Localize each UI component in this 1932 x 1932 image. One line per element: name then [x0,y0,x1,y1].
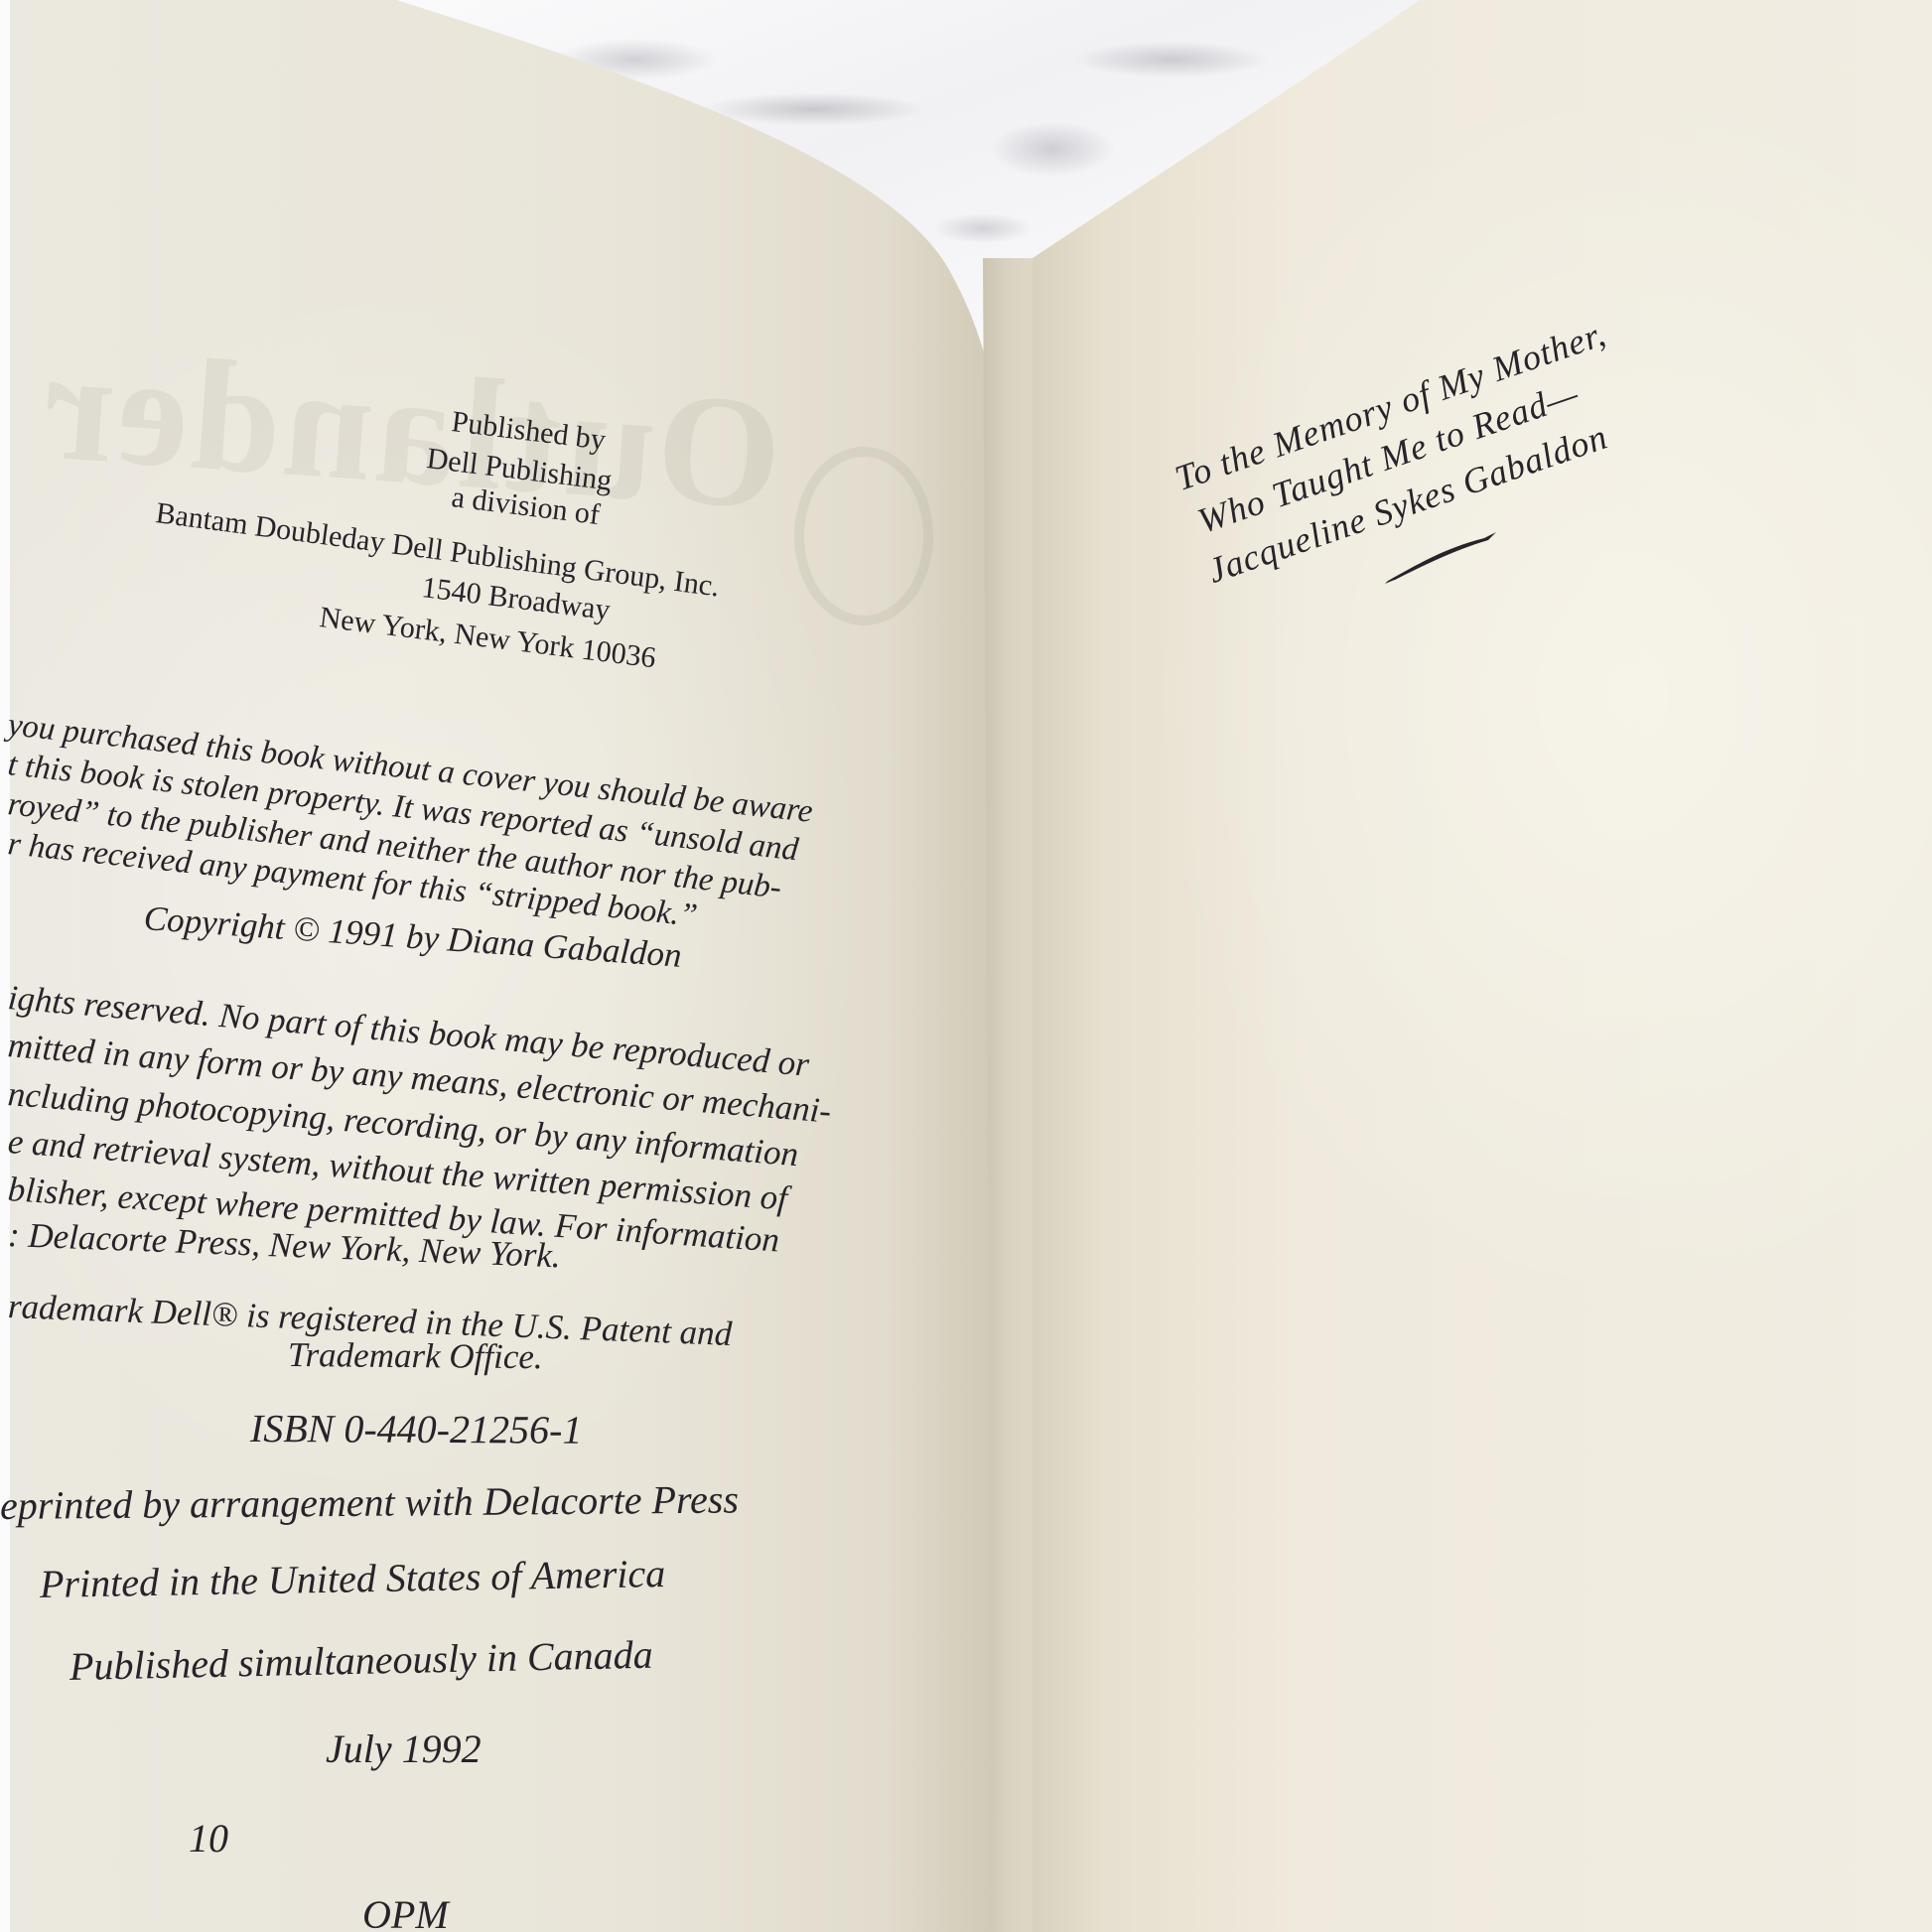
printer-code: OPM [362,1891,449,1932]
isbn-line: ISBN 0-440-21256-1 [250,1405,583,1453]
bleed-through-title: Outlander [34,312,786,547]
bleed-through-seal [794,447,933,625]
trademark-line: Trademark Office. [288,1335,543,1377]
book-photo: Outlander Published by Dell Publishing a… [0,0,1932,1932]
printing-number: 10 [189,1815,228,1862]
left-edge-strip [0,0,10,1932]
right-page [1033,0,1932,1932]
flourish-ornament-icon [1385,526,1499,586]
publication-date: July 1992 [326,1725,482,1772]
reprinted-line: eprinted by arrangement with Delacorte P… [0,1476,739,1529]
